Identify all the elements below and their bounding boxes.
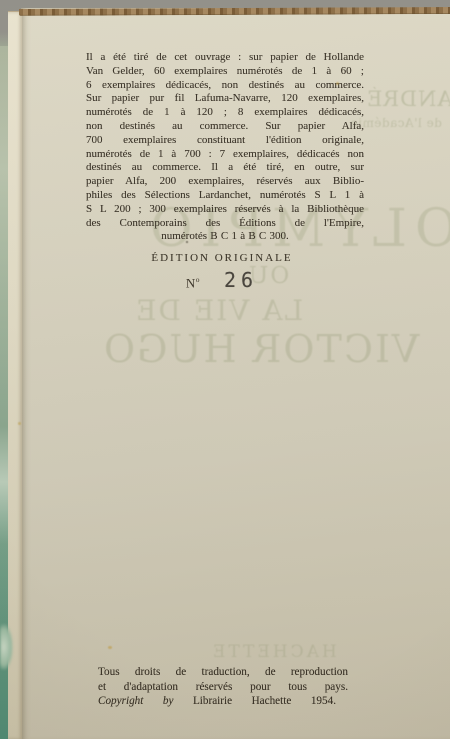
copy-number-row: No 26 [84,268,360,292]
background-left-strip [0,0,8,46]
foxing-spot [336,82,339,85]
colophon-line: destinés au commerce. Il a été tiré, en … [86,161,364,175]
publisher-credit: Librairie Hachette 1954. [193,695,336,707]
colophon-line: Sur papier pur fil Lafuma-Navarre, 120 e… [86,92,364,106]
colophon-line: Van Gelder, 60 exemplaires numérotés de … [86,65,364,79]
stamped-copy-number: 26 [224,268,258,292]
copyright-line: et d'adaptation réservés pour tous pays. [98,680,348,695]
numero-abbreviation: No [186,275,200,291]
copyright-line: Tous droits de traduction, de reproducti… [98,665,348,680]
colophon-line: numérotés B C 1 à B C 300. [86,230,364,244]
colophon-line: 6 exemplaires dédicacés, non destinés au… [86,79,364,93]
colophon-line: philes des Sélections Lardanchet, numéro… [86,189,364,203]
limitation-statement: Il a été tiré de cet ouvrage : sur papie… [86,51,364,244]
colophon-line: numérotés de 1 à 700 : 7 exemplaires, dé… [86,148,364,162]
ink-speck [186,241,188,243]
foxing-spot [108,646,112,649]
copyright-notice: Tous droits de traduction, de reproducti… [98,665,348,709]
edition-originale-heading: ÉDITION ORIGINALE [84,252,360,264]
colophon-line: S L 200 ; 300 exemplaires réservés à la … [86,203,364,217]
endpaper-highlight [0,624,13,670]
colophon-line: des Contemporains des Éditions de l'Empi… [86,217,364,231]
colophon-line: numérotés de 1 à 120 ; 8 exemplaires déd… [86,106,364,120]
copyright-line: Copyright by Librairie Hachette 1954. [98,694,336,709]
book-page-photo: ANDRÉ de l'Académie OLYMPIO OU LA VIE DE… [0,0,450,739]
foxing-spot [18,422,21,425]
colophon-line: 700 exemplaires constituant l'édition or… [86,134,364,148]
colophon-line: non destinés au commerce. Sur papier Alf… [86,120,364,134]
numero-n: N [186,275,196,290]
colophon-line: papier Alfa, 200 exemplaires, réservés a… [86,175,364,189]
copyright-by-italic: Copyright by [98,695,173,707]
colophon-line: Il a été tiré de cet ouvrage : sur papie… [86,51,364,65]
numero-sup-o: o [196,275,200,284]
